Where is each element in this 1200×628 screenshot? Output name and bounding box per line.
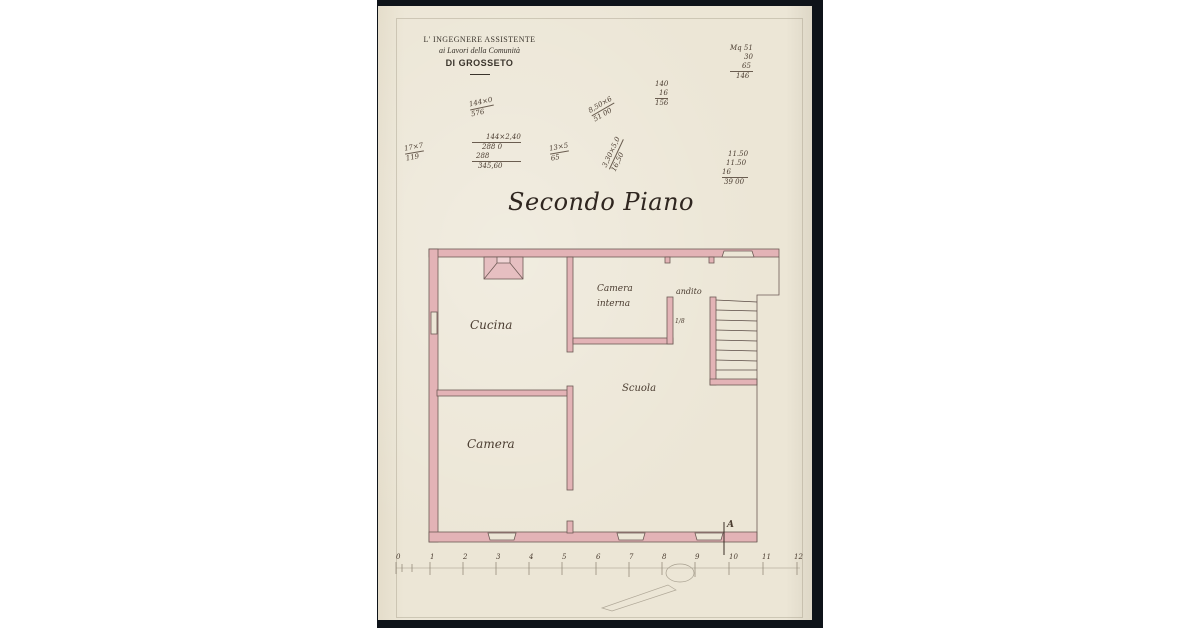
window-south-1 (488, 533, 516, 540)
room-label-scuola: Scuola (622, 383, 656, 394)
staircase (716, 300, 757, 370)
room-label-cucina: Cucina (470, 318, 512, 332)
room-label-camera-interna: Camera interna (597, 282, 667, 312)
scale-tick-label: 9 (695, 553, 699, 562)
wall-camera-interna-east (667, 297, 673, 344)
wall-camera-east (567, 386, 573, 490)
wall-stair-west (710, 297, 716, 385)
wall-stair-south (710, 379, 757, 385)
window-north (722, 251, 754, 257)
scale-tick-label: 11 (762, 553, 771, 562)
scale-tick-label: 4 (529, 553, 533, 562)
scale-tick-label: 5 (562, 553, 566, 562)
pilaster (709, 257, 714, 263)
wall-east-line (757, 257, 779, 542)
scale-tick-label: 8 (662, 553, 666, 562)
scale-tick-label: 12 (794, 553, 803, 562)
wall-camera-east-stub (567, 521, 573, 533)
scale-tick-label: 2 (463, 553, 467, 562)
section-marker-label: A (727, 520, 734, 530)
wall-camera-interna-south (573, 338, 673, 344)
small-annotation: 1/8 (675, 318, 685, 325)
scale-tick-label: 3 (496, 553, 500, 562)
scale-tick-label: 0 (396, 553, 400, 562)
fireplace (484, 257, 523, 279)
scale-tick-label: 1 (430, 553, 434, 562)
room-label-camera: Camera (467, 437, 515, 451)
scale-tick-label: 7 (629, 553, 633, 562)
window-south-2 (617, 533, 645, 540)
wall-cucina-camera (437, 390, 570, 396)
pilaster (665, 257, 670, 263)
scale-bar (396, 562, 800, 611)
floor-plan (0, 0, 1200, 628)
scale-tick-label: 10 (729, 553, 738, 562)
wall-camera-interna-west (567, 257, 573, 352)
scale-tick-label: 6 (596, 553, 600, 562)
window-south-3 (695, 533, 723, 540)
room-label-andito: andito (676, 287, 702, 296)
window-west (431, 312, 437, 334)
